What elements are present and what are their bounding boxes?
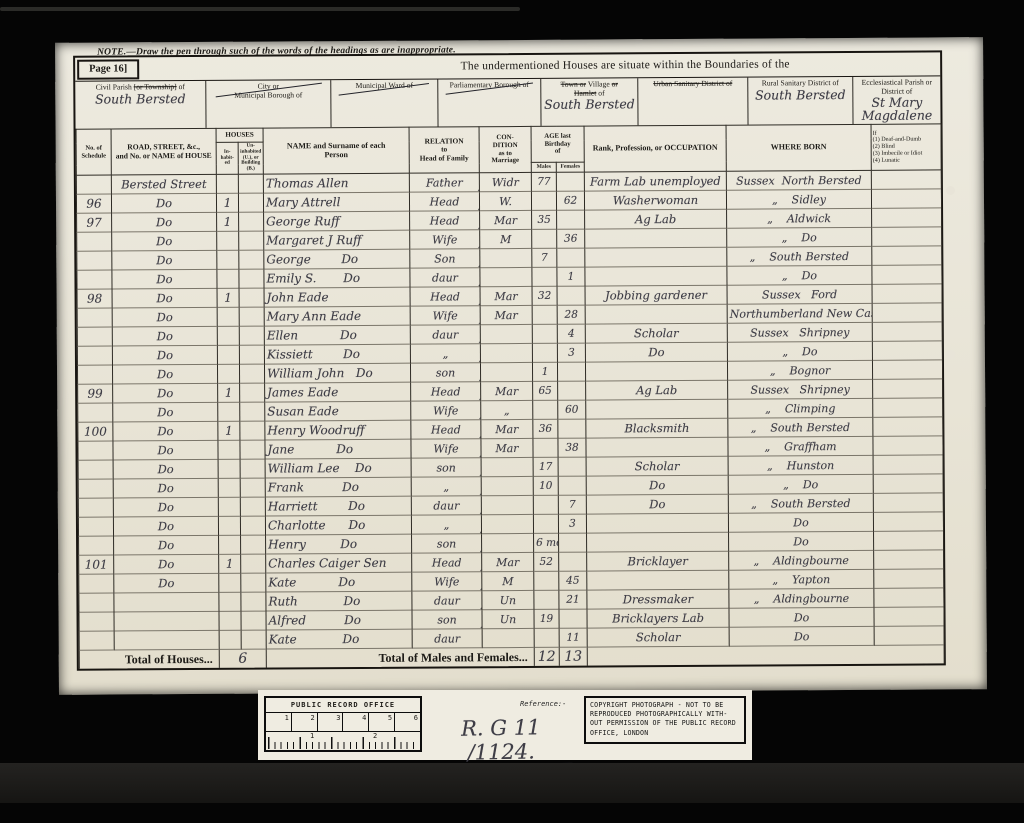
census-form-paper: Page 16] The undermentioned Houses are s… <box>55 37 987 695</box>
cell-uninh <box>239 345 264 364</box>
cell-inf <box>872 360 942 379</box>
cell-occ: Blacksmith <box>586 418 728 438</box>
cell-born: Sussex Ford <box>727 284 872 304</box>
cell-name: Charles Caiger Sen <box>266 553 412 573</box>
cell-born: „ Do <box>727 265 872 285</box>
cell-uninh <box>240 421 265 440</box>
cell-born: „ Bognor <box>727 360 872 380</box>
cell-road: Do <box>113 497 218 517</box>
cell-road: Do <box>114 535 219 555</box>
cell-road: Do <box>114 554 219 574</box>
cell-f: 7 <box>558 495 586 514</box>
district-value <box>206 101 330 102</box>
cell-road: Do <box>113 402 218 422</box>
ruler-cm-cell: 1 <box>266 713 292 731</box>
cell-sched <box>78 441 113 460</box>
cell-name: Mary Ann Eade <box>264 306 410 326</box>
cell-name: Thomas Allen <box>263 173 409 193</box>
cell-inf <box>872 322 942 341</box>
cell-m: 52 <box>534 552 559 571</box>
cell-occ: Do <box>586 475 728 495</box>
cell-road: Do <box>113 516 218 536</box>
cell-inf <box>873 493 943 512</box>
cell-born: „ South Bersted <box>728 417 873 437</box>
cell-uninh <box>239 212 264 231</box>
cell-born: „ South Bersted <box>727 246 872 266</box>
district-value <box>331 91 437 92</box>
cell-m <box>533 438 558 457</box>
cell-occ: Washerwoman <box>584 190 726 210</box>
cell-sched <box>79 574 114 593</box>
total-females-value: 13 <box>559 647 587 666</box>
col-inhabited: In- habit- ed <box>216 142 238 174</box>
cell-f <box>557 248 585 267</box>
scan-dot <box>946 350 955 359</box>
cell-cond <box>481 476 533 495</box>
cell-born: Do <box>729 626 874 646</box>
cell-name: Mary Attrell <box>263 192 409 212</box>
cell-m: 6 mo <box>534 533 559 552</box>
census-table: No. of Schedule ROAD, STREET, &c., and N… <box>76 123 945 668</box>
cell-inf <box>872 341 942 360</box>
cell-occ: Scholar <box>587 627 729 647</box>
cell-inh <box>219 573 241 592</box>
cell-m: 1 <box>532 362 557 381</box>
cell-born: „ Do <box>727 341 872 361</box>
cell-road: Do <box>112 326 217 346</box>
cell-inh: 1 <box>216 193 238 212</box>
cell-inh <box>218 459 240 478</box>
cell-occ: Farm Lab unemployed <box>584 171 726 191</box>
cell-rel: Head <box>411 382 481 401</box>
cell-road: Do <box>111 193 216 213</box>
cell-occ: Bricklayer <box>587 551 729 571</box>
cell-cond <box>481 457 533 476</box>
cell-sched <box>77 308 112 327</box>
cell-inh <box>218 516 240 535</box>
census-form: Page 16] The undermentioned Houses are s… <box>73 50 946 670</box>
district-label: Ecclesiastical Parish or District of <box>853 76 940 96</box>
cell-sched <box>79 536 114 555</box>
cell-born: „ Do <box>728 474 873 494</box>
ruler-cm-cell: 6 <box>395 713 420 731</box>
cell-rel: son <box>412 534 482 553</box>
cell-inh <box>218 497 240 516</box>
cell-sched: 96 <box>76 194 111 213</box>
ruler-inches: 12 <box>266 732 420 751</box>
col-name: NAME and Surname of each Person <box>263 127 409 174</box>
cell-m: 17 <box>533 457 558 476</box>
totals-empty <box>587 645 944 666</box>
cell-inf <box>873 455 943 474</box>
col-females: Females <box>556 162 584 172</box>
cell-inh <box>217 250 239 269</box>
cell-occ: Scholar <box>585 323 727 343</box>
cell-uninh <box>241 573 266 592</box>
cell-name: Charlotte Do <box>265 515 411 535</box>
cell-born: „ Yapton <box>729 569 874 589</box>
cell-inf <box>871 189 941 208</box>
cell-cond <box>480 267 532 286</box>
col-where-born: WHERE BORN <box>726 124 871 171</box>
cell-born: „ Aldingbourne <box>729 588 874 608</box>
cell-name: Susan Eade <box>265 401 411 421</box>
col-road: ROAD, STREET, &c., and No. or NAME of HO… <box>111 128 216 175</box>
cell-m: 36 <box>533 419 558 438</box>
cell-uninh <box>239 250 264 269</box>
cell-occ: Do <box>586 494 728 514</box>
cell-inf <box>872 246 942 265</box>
cell-inf <box>873 379 943 398</box>
cell-rel: daur <box>411 496 481 515</box>
cell-inh: 1 <box>217 288 239 307</box>
cell-born: Sussex Shripney <box>727 322 872 342</box>
cell-inh <box>218 478 240 497</box>
cell-m <box>532 343 557 362</box>
cell-f <box>559 552 587 571</box>
cell-inf <box>873 436 943 455</box>
district-box: Ecclesiastical Parish or District ofSt M… <box>852 76 940 124</box>
cell-rel: son <box>411 458 481 477</box>
cell-born: Northumberland New Castle <box>727 303 872 323</box>
cell-inf <box>873 417 943 436</box>
cell-inh <box>219 592 241 611</box>
cell-sched <box>78 498 113 517</box>
totals-row: Total of Houses... 6 Total of Males and … <box>79 645 944 669</box>
cell-inh <box>216 174 238 193</box>
cell-sched <box>79 631 114 650</box>
cell-m: 32 <box>532 286 557 305</box>
district-box: Civil Parish [or Township] ofSouth Berst… <box>75 81 205 129</box>
district-box: City or Municipal Borough of <box>205 80 330 128</box>
cell-name: Henry Do <box>266 534 412 554</box>
cell-name: John Eade <box>264 287 410 307</box>
cell-inf <box>874 607 944 626</box>
cell-cond <box>480 362 532 381</box>
cell-sched <box>78 403 113 422</box>
cell-uninh <box>241 592 266 611</box>
cell-cond: Un <box>482 590 534 609</box>
cell-name: Frank Do <box>265 477 411 497</box>
col-houses: HOUSES <box>216 128 263 142</box>
cell-road: Bersted Street <box>111 174 216 194</box>
cell-inf <box>873 398 943 417</box>
cell-name: Jane Do <box>265 439 411 459</box>
cell-occ: Do <box>585 342 727 362</box>
cell-cond: W. <box>479 191 531 210</box>
cell-cond <box>480 343 532 362</box>
district-box: Urban Sanitary District of <box>637 78 747 126</box>
cell-rel: son <box>412 610 482 629</box>
cell-name: George Ruff <box>264 211 410 231</box>
cell-born: „ Sidley <box>726 189 871 209</box>
cell-born: „ Aldingbourne <box>729 550 874 570</box>
reference-label: Reference:- <box>520 700 566 708</box>
cell-m <box>532 305 557 324</box>
cell-name: William John Do <box>264 363 410 383</box>
cell-f <box>557 362 585 381</box>
cell-occ <box>585 247 727 267</box>
col-relation: RELATION to Head of Family <box>409 127 479 173</box>
cell-cond <box>480 248 532 267</box>
cell-road: Do <box>113 383 218 403</box>
cell-occ <box>585 304 727 324</box>
cell-born: Sussex Shripney <box>728 379 873 399</box>
cell-inf <box>874 531 944 550</box>
column-headers: No. of Schedule ROAD, STREET, &c., and N… <box>76 124 941 175</box>
cell-road: Do <box>112 212 217 232</box>
cell-rel: Wife <box>411 401 481 420</box>
ruler-inch-number: 2 <box>373 732 377 740</box>
cell-f: 3 <box>558 514 586 533</box>
col-condition: CON- DITION as to Marriage <box>479 126 531 172</box>
cell-sched <box>76 175 111 194</box>
district-value: South Bersted <box>541 99 637 112</box>
cell-name: Margaret J Ruff <box>264 230 410 250</box>
cell-road: Do <box>112 250 217 270</box>
cell-cond: Widr <box>479 172 531 191</box>
cell-inh <box>219 535 241 554</box>
cell-name: Henry Woodruff <box>265 420 411 440</box>
cell-road: Do <box>113 440 218 460</box>
cell-road: Do <box>112 364 217 384</box>
cell-inh <box>217 345 239 364</box>
cell-m <box>533 495 558 514</box>
cell-m: 10 <box>533 476 558 495</box>
cell-road: Do <box>114 573 219 593</box>
cell-rel: Head <box>409 192 479 211</box>
cell-cond: Mar <box>480 210 532 229</box>
cell-rel: son <box>410 363 480 382</box>
ruler-large-ticks <box>268 737 418 749</box>
cell-uninh <box>241 611 266 630</box>
cell-inf <box>873 512 943 531</box>
pro-office-label: PUBLIC RECORD OFFICE <box>266 698 420 713</box>
cell-inh: 1 <box>217 212 239 231</box>
district-box: Town or Village or Hamlet ofSouth Berste… <box>540 78 637 126</box>
cell-occ <box>586 513 728 533</box>
cell-road: Do <box>112 307 217 327</box>
cell-born: Do <box>729 531 874 551</box>
cell-rel: daur <box>412 591 482 610</box>
cell-inh: 1 <box>219 554 241 573</box>
total-houses-label: Total of Houses... <box>79 649 219 668</box>
cell-cond: Mar <box>481 419 533 438</box>
cell-sched: 101 <box>79 555 114 574</box>
form-title: The undermentioned Houses are situate wi… <box>315 57 935 73</box>
cell-name: Kissiett Do <box>264 344 410 364</box>
cell-inf <box>874 588 944 607</box>
cell-name: James Eade <box>265 382 411 402</box>
cell-occ: Ag Lab <box>586 380 728 400</box>
ruler-cm-cell: 2 <box>292 713 318 731</box>
cell-uninh <box>239 288 264 307</box>
cell-cond: Mar <box>480 305 532 324</box>
cell-m <box>534 628 559 647</box>
district-value: South Bersted <box>75 93 205 107</box>
ruler-inch-number: 1 <box>310 732 314 740</box>
district-value <box>638 89 747 90</box>
cell-occ <box>586 437 728 457</box>
cell-f <box>557 210 585 229</box>
cell-inf <box>872 265 942 284</box>
cell-uninh <box>239 326 264 345</box>
cell-sched <box>77 270 112 289</box>
cell-cond: Un <box>482 609 534 628</box>
cell-name: Ruth Do <box>266 591 412 611</box>
cell-m: 65 <box>533 381 558 400</box>
district-box: Parliamentary Borough of <box>437 79 540 127</box>
cell-inh: 1 <box>218 421 240 440</box>
cell-name: George Do <box>264 249 410 269</box>
cell-cond: „ <box>481 400 533 419</box>
cell-rel: Head <box>412 553 482 572</box>
cell-uninh <box>238 193 263 212</box>
cell-road <box>114 592 219 612</box>
cell-uninh <box>240 383 265 402</box>
cell-f <box>556 172 584 191</box>
cell-cond: Mar <box>481 438 533 457</box>
cell-occ: Jobbing gardener <box>585 285 727 305</box>
cell-rel: Wife <box>410 230 480 249</box>
page-number: Page 16] <box>77 59 139 79</box>
col-age: AGE last Birthday of <box>531 126 584 162</box>
cell-born: Do <box>728 512 873 532</box>
cell-cond <box>482 628 534 647</box>
cell-rel: „ <box>411 515 481 534</box>
cell-inf <box>874 569 944 588</box>
cell-f <box>557 286 585 305</box>
pro-stamp-strip: PUBLIC RECORD OFFICE 123456 12 Reference… <box>258 690 752 760</box>
cell-name: Kate Do <box>266 629 412 649</box>
cell-road <box>114 630 219 650</box>
cell-sched: 97 <box>77 213 112 232</box>
cell-road: Do <box>112 231 217 251</box>
cell-rel: Wife <box>411 439 481 458</box>
cell-cond: M <box>480 229 532 248</box>
cell-m <box>534 571 559 590</box>
cell-road: Do <box>113 421 218 441</box>
cell-road: Do <box>112 288 217 308</box>
cell-m <box>532 267 557 286</box>
public-record-office-stamp: PUBLIC RECORD OFFICE 123456 12 <box>264 696 422 752</box>
cell-m: 7 <box>532 248 557 267</box>
cell-uninh <box>240 440 265 459</box>
cell-f: 36 <box>557 229 585 248</box>
cell-f <box>559 609 587 628</box>
cell-occ <box>585 266 727 286</box>
cell-cond: Mar <box>481 381 533 400</box>
cell-uninh <box>240 478 265 497</box>
cell-sched: 99 <box>78 384 113 403</box>
reference-number: R. G 11 /1124. <box>430 715 573 767</box>
cell-rel: Son <box>410 249 480 268</box>
cell-uninh <box>238 174 263 193</box>
cell-rel: daur <box>412 629 482 648</box>
cell-f: 60 <box>558 400 586 419</box>
cell-uninh <box>241 535 266 554</box>
cell-rel: Wife <box>412 572 482 591</box>
cell-born: „ Do <box>727 227 872 247</box>
cell-inf <box>872 303 942 322</box>
cell-m <box>532 229 557 248</box>
cell-inh <box>218 440 240 459</box>
cell-name: Emily S. Do <box>264 268 410 288</box>
cell-f <box>558 476 586 495</box>
cell-m <box>534 590 559 609</box>
cell-f: 3 <box>557 343 585 362</box>
ruler-cm-cell: 3 <box>318 713 344 731</box>
scan-artifact-band <box>0 763 1024 803</box>
cell-f: 62 <box>556 191 584 210</box>
cell-inh <box>217 269 239 288</box>
cell-m <box>532 324 557 343</box>
scan-artifact <box>0 7 520 11</box>
cell-uninh <box>239 307 264 326</box>
district-box: Rural Sanitary District ofSouth Bersted <box>747 77 852 125</box>
cell-f: 38 <box>558 438 586 457</box>
cell-m <box>533 400 558 419</box>
col-uninhabited: Un- inhabited (U.), or Building (B.) <box>238 142 263 174</box>
cell-sched <box>77 232 112 251</box>
cell-sched <box>79 612 114 631</box>
cell-occ <box>586 399 728 419</box>
cell-f <box>558 381 586 400</box>
cell-name: William Lee Do <box>265 458 411 478</box>
total-males-females-label: Total of Males and Females... <box>266 647 534 667</box>
cell-sched <box>78 517 113 536</box>
district-label: Urban Sanitary District of <box>638 78 747 89</box>
cell-uninh <box>241 630 266 649</box>
cell-m <box>533 514 558 533</box>
cell-rel: „ <box>410 344 480 363</box>
cell-inf <box>874 626 944 645</box>
cell-inf <box>871 170 941 189</box>
cell-name: Ellen Do <box>264 325 410 345</box>
ruler-centimetres: 123456 <box>266 713 420 732</box>
cell-m: 19 <box>534 609 559 628</box>
cell-cond: M <box>482 571 534 590</box>
ruler-cm-cell: 4 <box>343 713 369 731</box>
cell-cond <box>480 324 532 343</box>
district-header-row: Civil Parish [or Township] ofSouth Berst… <box>75 75 940 128</box>
cell-born: „ Graffham <box>728 436 873 456</box>
cell-f <box>558 419 586 438</box>
cell-sched <box>77 327 112 346</box>
cell-sched <box>77 346 112 365</box>
copyright-notice: COPYRIGHT PHOTOGRAPH - NOT TO BE REPRODU… <box>584 696 746 744</box>
cell-f: 21 <box>559 590 587 609</box>
cell-inh <box>218 402 240 421</box>
total-males-value: 12 <box>534 647 559 666</box>
cell-inh <box>217 307 239 326</box>
cell-sched: 100 <box>78 422 113 441</box>
cell-f <box>559 533 587 552</box>
cell-sched <box>77 365 112 384</box>
cell-inh <box>217 326 239 345</box>
cell-cond: Mar <box>480 286 532 305</box>
cell-name: Harriett Do <box>265 496 411 516</box>
cell-name: Alfred Do <box>266 610 412 630</box>
col-occupation: Rank, Profession, or OCCUPATION <box>584 125 726 172</box>
cell-uninh <box>240 497 265 516</box>
cell-born: Do <box>729 607 874 627</box>
cell-f: 1 <box>557 267 585 286</box>
col-infirmities: If (1) Deaf-and-Dumb (2) Blind (3) Imbec… <box>871 124 941 170</box>
cell-uninh <box>240 459 265 478</box>
cell-f <box>558 457 586 476</box>
cell-m <box>531 191 556 210</box>
